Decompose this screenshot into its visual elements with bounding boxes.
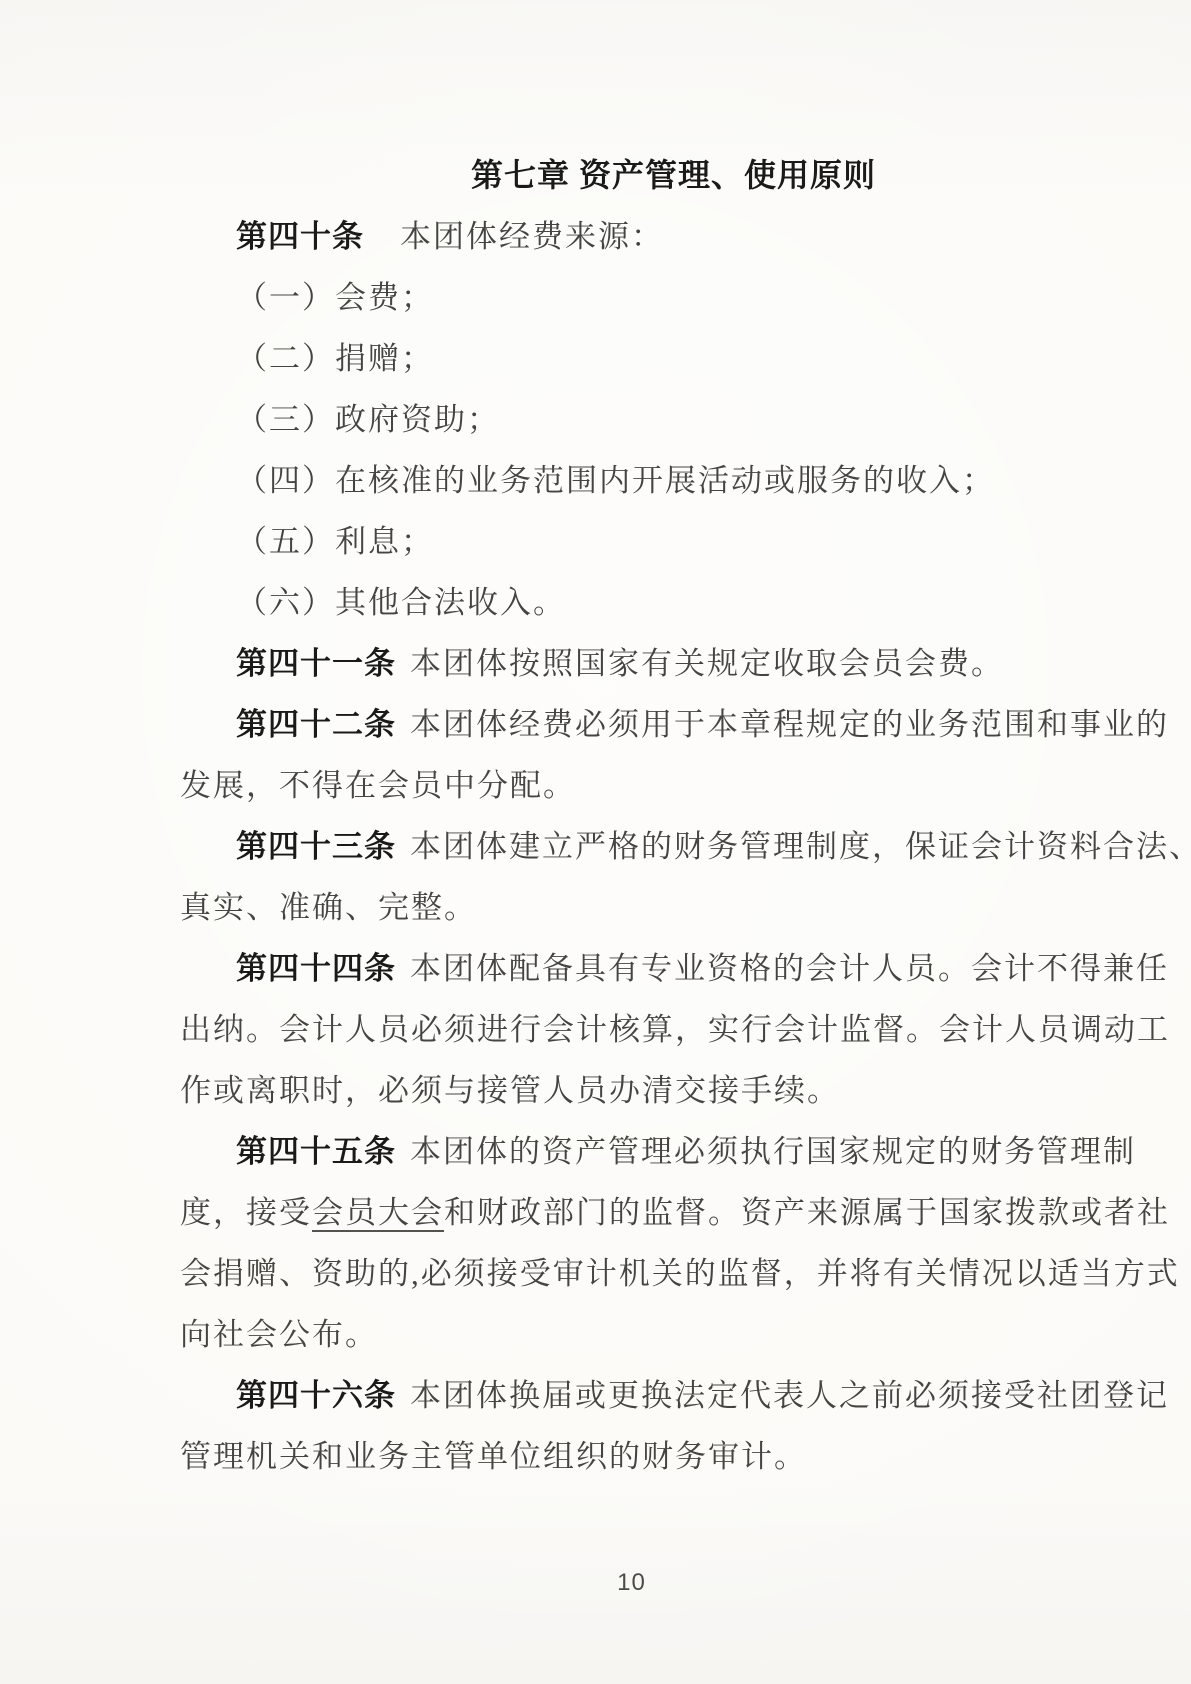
article-43-line-2: 真实、准确、完整。 <box>180 877 1083 938</box>
article-number: 第四十六条 <box>236 1378 396 1413</box>
article-number: 第四十二条 <box>236 707 396 742</box>
text-segment: （三）政府资助； <box>236 402 500 437</box>
text-segment: 真实、准确、完整。 <box>180 890 477 925</box>
text-segment: 本团体配备具有专业资格的会计人员。会计不得兼任 <box>410 951 1169 986</box>
text-segment: 和财政部门的监督。资产来源属于国家拨款或者社 <box>444 1195 1170 1230</box>
article-number: 第四十五条 <box>236 1134 396 1169</box>
list-item-3: （三）政府资助； <box>180 389 1083 450</box>
article-45-line-3: 会捐赠、资助的,必须接受审计机关的监督，并将有关情况以适当方式 <box>180 1243 1083 1304</box>
text-segment: （四）在核准的业务范围内开展活动或服务的收入； <box>236 463 995 498</box>
article-46-line-1: 第四十六条本团体换届或更换法定代表人之前必须接受社团登记 <box>180 1365 1083 1426</box>
article-45-line-1: 第四十五条本团体的资产管理必须执行国家规定的财务管理制 <box>180 1121 1083 1182</box>
article-43-line-1: 第四十三条本团体建立严格的财务管理制度，保证会计资料合法、 <box>180 816 1083 877</box>
text-segment: 本团体换届或更换法定代表人之前必须接受社团登记 <box>410 1378 1169 1413</box>
list-item-4: （四）在核准的业务范围内开展活动或服务的收入； <box>180 450 1083 511</box>
text-segment: 发展，不得在会员中分配。 <box>180 768 576 803</box>
list-item-5: （五）利息； <box>180 511 1083 572</box>
article-45-line-2: 度，接受会员大会和财政部门的监督。资产来源属于国家拨款或者社 <box>180 1182 1083 1243</box>
page-number: 10 <box>180 1568 1083 1598</box>
list-item-1: （一）会费； <box>180 267 1083 328</box>
text-segment: （二）捐赠； <box>236 341 434 376</box>
article-40-line: 第四十条本团体经费来源： <box>180 206 1083 267</box>
article-42-line-2: 发展，不得在会员中分配。 <box>180 755 1083 816</box>
text-segment: （一）会费； <box>236 280 434 315</box>
article-44-line-1: 第四十四条本团体配备具有专业资格的会计人员。会计不得兼任 <box>180 938 1083 999</box>
text-segment: 本团体的资产管理必须执行国家规定的财务管理制 <box>410 1134 1136 1169</box>
article-number: 第四十一条 <box>236 646 396 681</box>
text-segment: 度，接受 <box>180 1195 312 1230</box>
article-45-line-4: 向社会公布。 <box>180 1304 1083 1365</box>
text-segment: 本团体建立严格的财务管理制度，保证会计资料合法、 <box>410 829 1191 864</box>
underlined-term: 会员大会 <box>312 1195 444 1230</box>
text-segment: 管理机关和业务主管单位组织的财务审计。 <box>180 1439 807 1474</box>
list-item-2: （二）捐赠； <box>180 328 1083 389</box>
text-segment: 本团体经费来源： <box>400 219 664 254</box>
page-content: 第七章 资产管理、使用原则第四十条本团体经费来源：（一）会费；（二）捐赠；（三）… <box>0 0 1191 1598</box>
article-number: 第四十四条 <box>236 951 396 986</box>
text-segment: 会捐赠、资助的,必须接受审计机关的监督，并将有关情况以适当方式 <box>180 1256 1180 1291</box>
text-segment: （六）其他合法收入。 <box>236 585 566 620</box>
text-segment: 向社会公布。 <box>180 1317 378 1352</box>
text-segment: 出纳。会计人员必须进行会计核算，实行会计监督。会计人员调动工 <box>180 1012 1170 1047</box>
article-42-line-1: 第四十二条本团体经费必须用于本章程规定的业务范围和事业的 <box>180 694 1083 755</box>
list-item-6: （六）其他合法收入。 <box>180 572 1083 633</box>
text-segment: 本团体经费必须用于本章程规定的业务范围和事业的 <box>410 707 1169 742</box>
article-41-line: 第四十一条本团体按照国家有关规定收取会员会费。 <box>180 633 1083 694</box>
text-segment: 作或离职时，必须与接管人员办清交接手续。 <box>180 1073 840 1108</box>
text-lines: 第七章 资产管理、使用原则第四十条本团体经费来源：（一）会费；（二）捐赠；（三）… <box>180 145 1083 1487</box>
article-number: 第四十条 <box>236 219 364 254</box>
article-44-line-2: 出纳。会计人员必须进行会计核算，实行会计监督。会计人员调动工 <box>180 999 1083 1060</box>
text-segment: （五）利息； <box>236 524 434 559</box>
article-number: 第七章 资产管理、使用原则 <box>471 157 876 193</box>
document-page: 第七章 资产管理、使用原则第四十条本团体经费来源：（一）会费；（二）捐赠；（三）… <box>0 0 1191 1684</box>
article-44-line-3: 作或离职时，必须与接管人员办清交接手续。 <box>180 1060 1083 1121</box>
article-number: 第四十三条 <box>236 829 396 864</box>
article-46-line-2: 管理机关和业务主管单位组织的财务审计。 <box>180 1426 1083 1487</box>
chapter-title: 第七章 资产管理、使用原则 <box>222 145 1125 206</box>
text-segment: 本团体按照国家有关规定收取会员会费。 <box>410 646 1004 681</box>
